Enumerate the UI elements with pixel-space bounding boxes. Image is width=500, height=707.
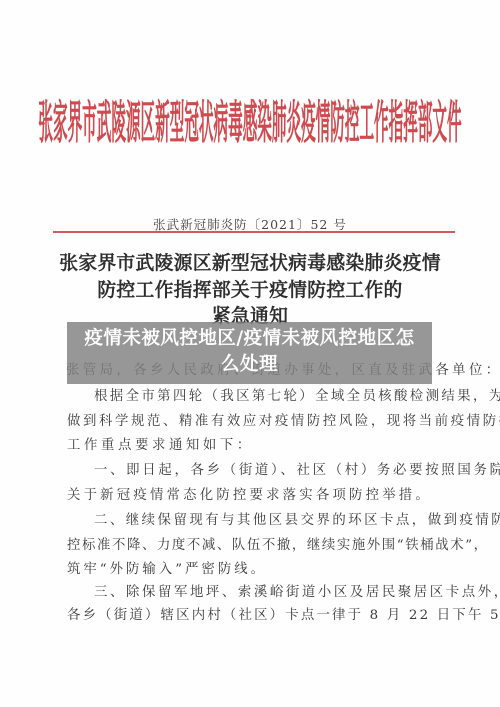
body-line: 工作重点要求通知如下： (67, 437, 254, 455)
caption-overlay-text: 疫情未被风控地区/疫情未被风控地区怎么处理 (67, 326, 432, 378)
body-line: 三、除保留军地坪、索溪峪街道小区及居民聚居区卡点外， (94, 584, 500, 602)
body-line: 二、继续保留现有与其他区县交界的环区卡点，做到疫情防 (94, 512, 500, 530)
caption-overlay-banner: 疫情未被风控地区/疫情未被风控地区怎么处理 (67, 322, 432, 384)
issuing-authority-header: 张家界市武陵源区新型冠状病毒感染肺炎疫情防控工作指挥部文件 (0, 104, 500, 149)
body-line: 根据全市第四轮（我区第七轮）全域全员核酸检测结果，为 (94, 388, 500, 406)
body-line: 控标准不降、力度不减、队伍不撤，继续实施外围“铁桶战术”， (67, 537, 489, 555)
body-line: 筑牢“外防输入”严密防线。 (67, 561, 267, 579)
body-line: 各乡（街道）辖区内村（社区）卡点一律于 8 月 22 日下午 5 点 (67, 607, 500, 625)
body-line: 关于新冠疫情常态化防控要求落实各项防控举措。 (67, 487, 432, 505)
red-divider-rule (53, 231, 455, 233)
notice-title-line-1: 张家界市武陵源区新型冠状病毒感染肺炎疫情 (0, 250, 500, 276)
body-line: 一、即日起，各乡（街道）、社区（村）务必要按照国务院 (94, 462, 500, 480)
notice-title-line-2: 防控工作指挥部关于疫情防控工作的 (0, 277, 500, 303)
body-line: 做到科学规范、精准有效应对疫情防控风险，现将当前疫情防控 (67, 413, 500, 431)
